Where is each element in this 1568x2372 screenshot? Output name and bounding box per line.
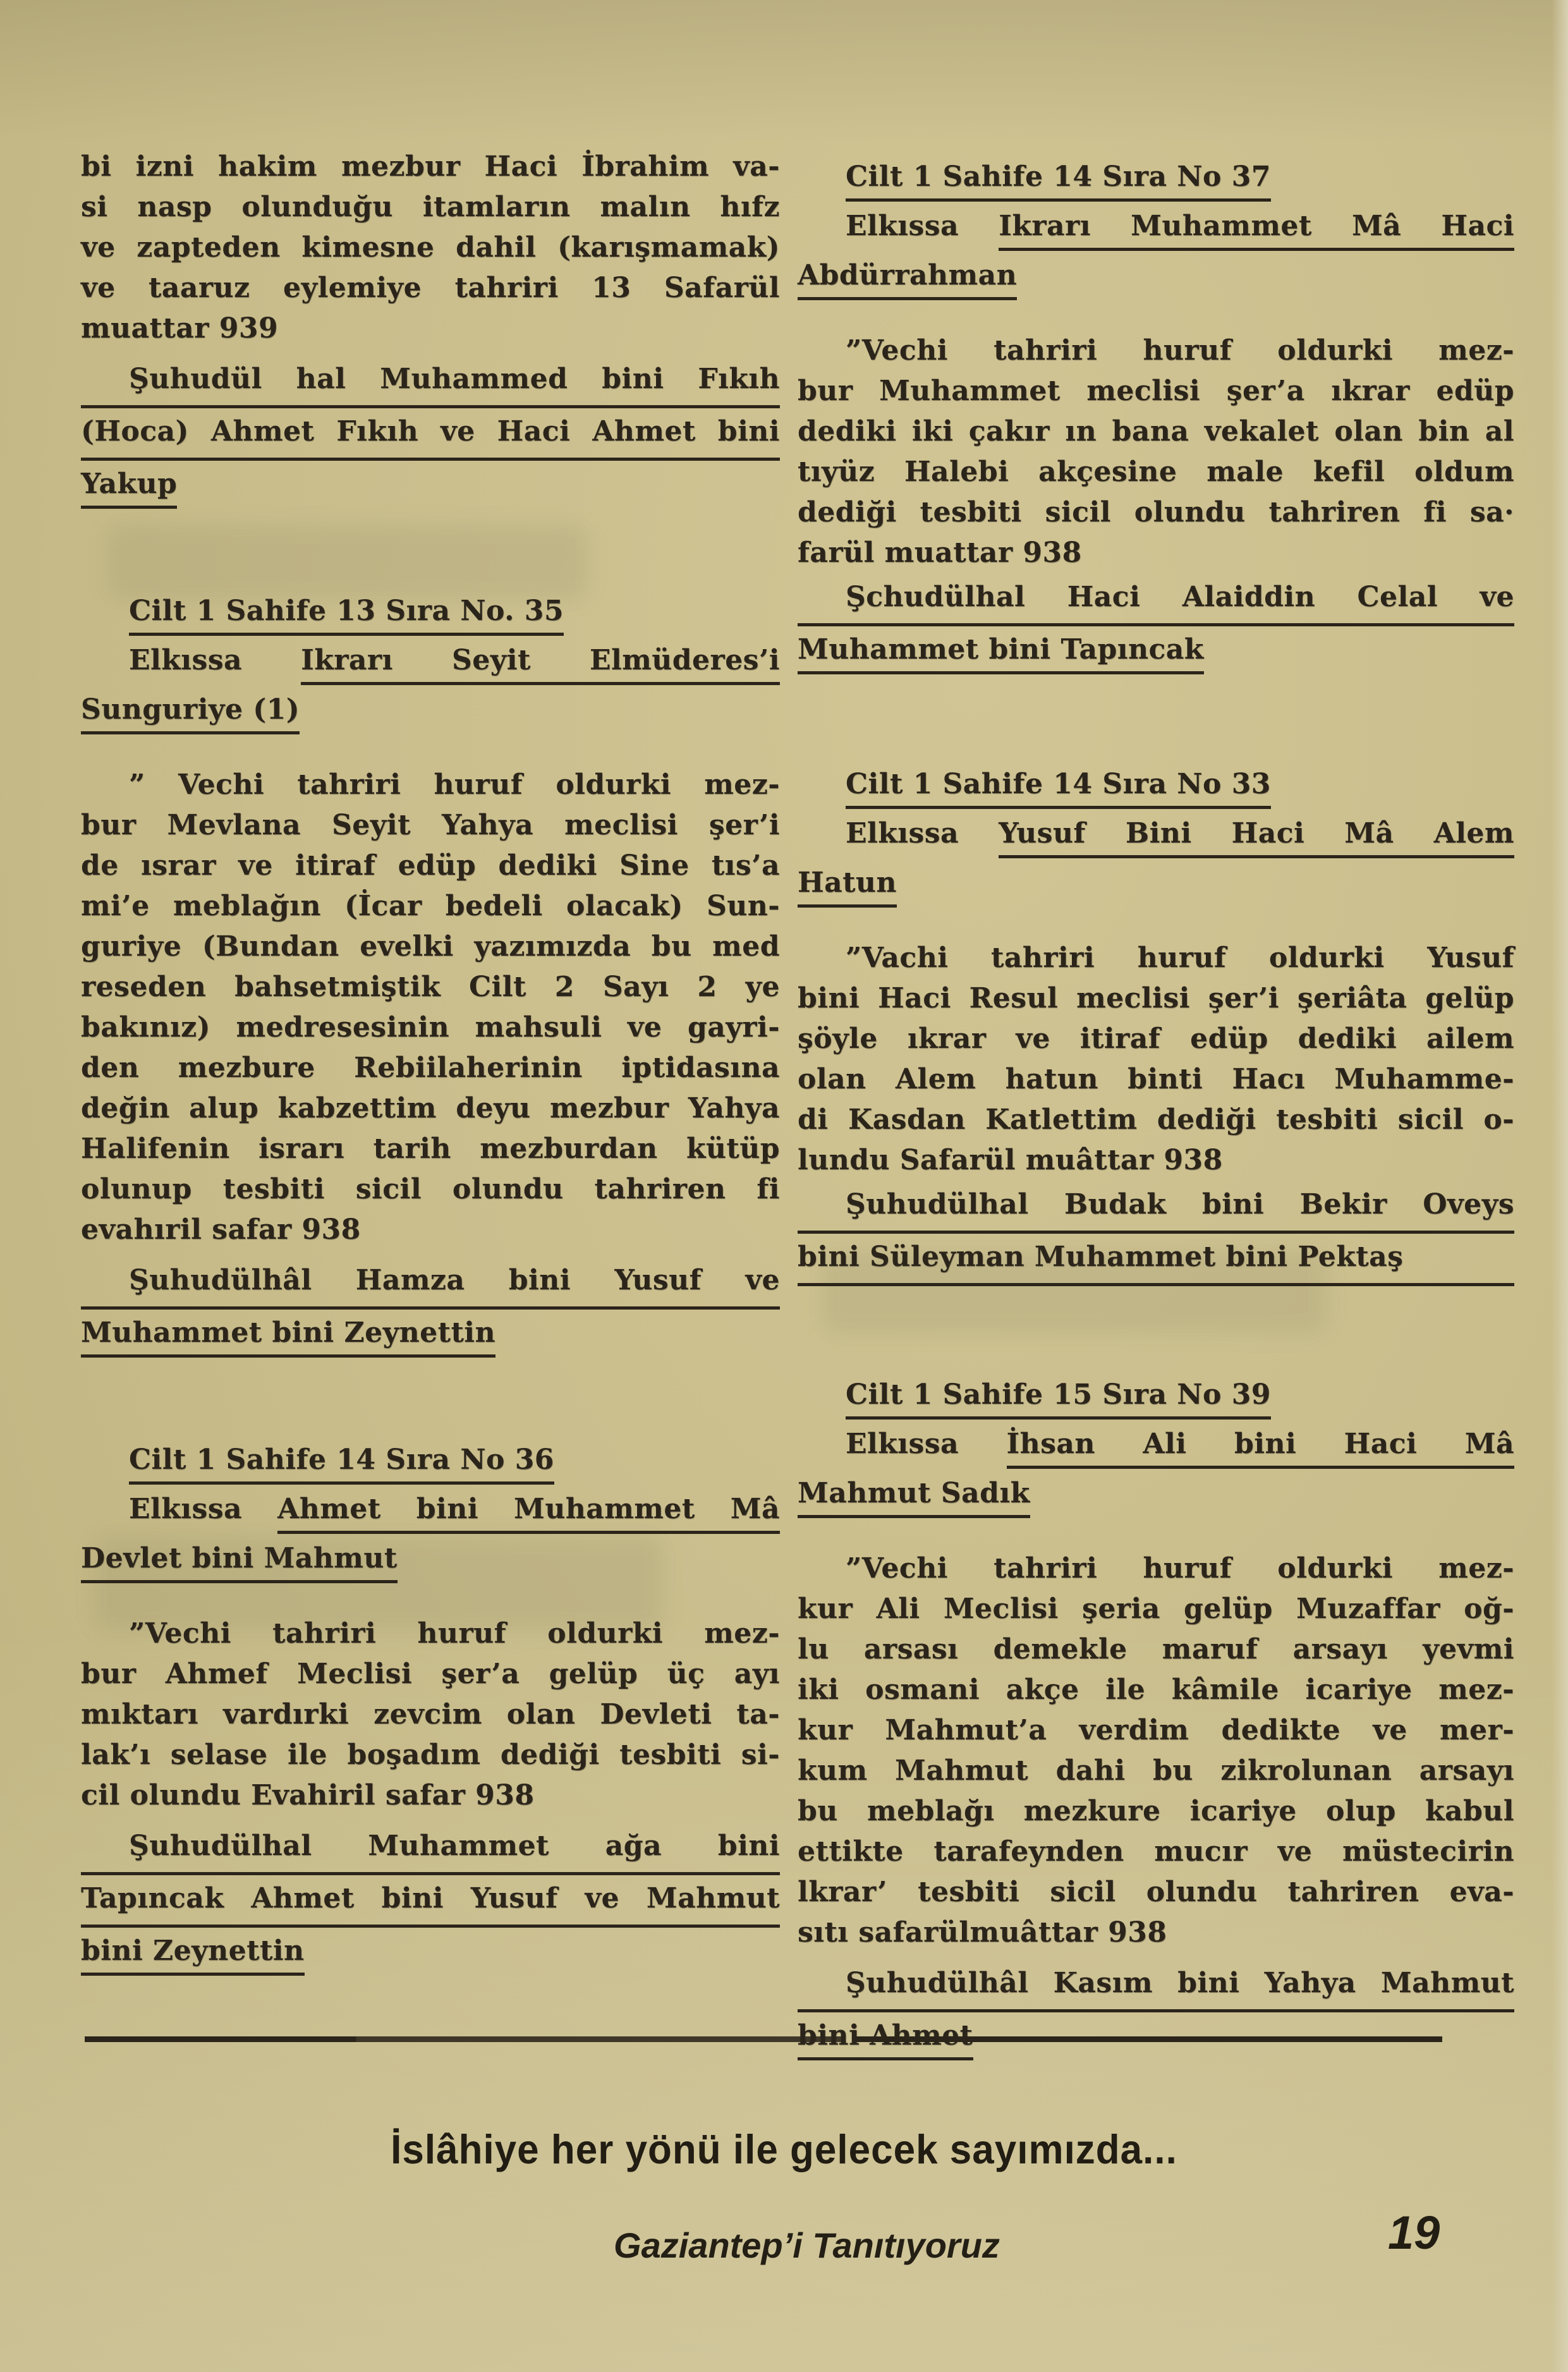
heading-prefix: Elkıssa xyxy=(129,644,242,676)
text-line: Şuhudülhâl Hamza bini Yusuf ve xyxy=(81,1260,780,1310)
text-line: lu arsası demekle maruf arsayı yevmi xyxy=(798,1629,1514,1670)
underlined-text: Sunguriye (1) xyxy=(81,693,300,734)
text-line: evahıril safar 938 xyxy=(81,1210,780,1250)
underlined-text: Mahmut Sadık xyxy=(798,1477,1030,1518)
text-line: Cilt 1 Sahife 14 Sıra No 33 xyxy=(798,764,1514,810)
text-line: lak’ı selase ile boşadım dediği tesbiti … xyxy=(81,1735,780,1775)
heading-prefix: Elkıssa xyxy=(846,210,959,242)
text-line: bur Muhammet meclisi şer’a ıkrar edüp xyxy=(798,371,1514,411)
text-line: si nasp olunduğu itamların malın hıfz xyxy=(81,187,780,228)
text-line: ettikte tarafeynden mucır ve müstecirin xyxy=(798,1832,1514,1872)
text-line: kur Mahmut’a verdim dedikte ve mer- xyxy=(798,1710,1514,1751)
underlined-text: Yusuf Bini Haci Mâ Alem xyxy=(999,817,1514,858)
text-line: bini Haci Resul meclisi şer’i şeriâta ge… xyxy=(798,978,1514,1019)
text-line: Hatun xyxy=(798,863,1514,909)
text-line: dediki iki çakır ın bana vekalet olan bi… xyxy=(798,411,1514,452)
witness-block: Şuhudülhal Budak bini Bekir Oveysbini Sü… xyxy=(798,1184,1514,1286)
text-line: ”Vechi tahriri huruf oldurki mez- xyxy=(798,1548,1514,1589)
para-block: ” Vechi tahriri huruf oldurki mez-bur Me… xyxy=(81,765,780,1250)
text-line: sıtı safarülmuâttar 938 xyxy=(798,1913,1514,1953)
text-line: ”Vechi tahriri huruf oldurki mez- xyxy=(81,1614,780,1654)
underlined-text: bini Zeynettin xyxy=(81,1935,305,1976)
text-line: bur Mevlana Seyit Yahya meclisi şer’i xyxy=(81,805,780,846)
text-line: Elkıssa Ikrarı Seyit Elmüderes’i xyxy=(81,640,780,686)
underlined-text: Cilt 1 Sahife 14 Sıra No 36 xyxy=(129,1444,554,1485)
underlined-text: Abdürrahman xyxy=(798,259,1017,300)
heading-block: Cilt 1 Sahife 14 Sıra No 33Elkıssa Yusuf… xyxy=(798,764,1514,909)
text-line: Mahmut Sadık xyxy=(798,1473,1514,1519)
text-line: bi izni hakim mezbur Haci İbrahim va- xyxy=(81,147,780,187)
text-line: olan Alem hatun binti Hacı Muhamme- xyxy=(798,1059,1514,1100)
text-line: iki osmani akçe ile kâmile icariye mez- xyxy=(798,1670,1514,1710)
scanned-page: bi izni hakim mezbur Haci İbrahim va-si … xyxy=(0,0,1568,2372)
underlined-text: Muhammet bini Zeynettin xyxy=(81,1317,495,1358)
underlined-text: Yakup xyxy=(81,468,177,509)
text-line: ” Vechi tahriri huruf oldurki mez- xyxy=(81,765,780,805)
footer-magazine-title: Gaziantep’i Tanıtıyoruz xyxy=(23,2225,1568,2266)
para-block: ”Vechi tahriri huruf oldurki mez-kur Ali… xyxy=(798,1548,1514,1953)
text-line: lundu Safarül muâttar 938 xyxy=(798,1140,1514,1181)
text-line: den mezbure Rebiilaherinin iptidasına xyxy=(81,1048,780,1088)
text-line: değin alup kabzettim deyu mezbur Yahya xyxy=(81,1088,780,1129)
text-line: Elkıssa Yusuf Bini Haci Mâ Alem xyxy=(798,813,1514,860)
para-block: ”Vachi tahriri huruf oldurki Yusufbini H… xyxy=(798,938,1514,1181)
heading-block: Cilt 1 Sahife 14 Sıra No 36Elkıssa Ahmet… xyxy=(81,1440,780,1584)
text-line: guriye (Bundan evelki yazımızda bu med xyxy=(81,927,780,967)
text-line: ve zapteden kimesne dahil (karışmamak) xyxy=(81,228,780,268)
text-line: reseden bahsetmiştik Cilt 2 Sayı 2 ye xyxy=(81,967,780,1007)
text-line: bini Zeynettin xyxy=(81,1931,780,1977)
text-line: şöyle ıkrar ve itiraf edüp dediki ailem xyxy=(798,1019,1514,1059)
text-line: ”Vachi tahriri huruf oldurki Yusuf xyxy=(798,938,1514,978)
heading-block: Cilt 1 Sahife 14 Sıra No 37Elkıssa Ikrar… xyxy=(798,157,1514,301)
text-line: di Kasdan Katlettim dediği tesbiti sicil… xyxy=(798,1100,1514,1140)
text-line: Cilt 1 Sahife 15 Sıra No 39 xyxy=(798,1375,1514,1421)
underlined-text: Ahmet bini Muhammet Mâ xyxy=(277,1493,780,1534)
text-line: Elkıssa Ahmet bini Muhammet Mâ xyxy=(81,1489,780,1535)
heading-prefix: Elkıssa xyxy=(129,1493,242,1525)
text-line: olunup tesbiti sicil olundu tahriren fi xyxy=(81,1169,780,1210)
text-line: tıyüz Halebi akçesine male kefil oldum xyxy=(798,452,1514,492)
underlined-text: Cilt 1 Sahife 15 Sıra No 39 xyxy=(846,1378,1271,1420)
text-line: muattar 939 xyxy=(81,308,780,349)
para-block: bi izni hakim mezbur Haci İbrahim va-si … xyxy=(81,147,780,349)
footer-banner: İslâhiye her yönü ile gelecek sayımızda.… xyxy=(0,2126,1568,2174)
underlined-text: Cilt 1 Sahife 14 Sıra No 33 xyxy=(846,768,1271,809)
text-line: Şuhudülhal Muhammet ağa bini xyxy=(81,1826,780,1875)
text-line: mi’e meblağın (İcar bedeli olacak) Sun- xyxy=(81,886,780,927)
footer-divider-rule xyxy=(85,2036,1442,2042)
text-line: Tapıncak Ahmet bini Yusuf ve Mahmut xyxy=(81,1878,780,1928)
text-line: mıktarı vardırki zevcim olan Devleti ta- xyxy=(81,1694,780,1735)
page-number: 19 xyxy=(1388,2206,1440,2259)
text-line: bu meblağı mezkure icariye olup kabul xyxy=(798,1791,1514,1832)
underlined-text: Hatun xyxy=(798,867,897,908)
text-line: Cilt 1 Sahife 13 Sıra No. 35 xyxy=(81,591,780,637)
text-line: Abdürrahman xyxy=(798,255,1514,301)
heading-prefix: Elkıssa xyxy=(846,817,959,849)
witness-block: Şuhudül hal Muhammed bini Fıkıh(Hoca) Ah… xyxy=(81,359,780,510)
para-block: ”Vechi tahriri huruf oldurki mez-bur Muh… xyxy=(798,331,1514,573)
underlined-text: Devlet bini Mahmut xyxy=(81,1542,398,1583)
text-line: (Hoca) Ahmet Fıkıh ve Haci Ahmet bini xyxy=(81,411,780,461)
witness-block: Şuhudülhâl Hamza bini Yusuf veMuhammet b… xyxy=(81,1260,780,1359)
text-line: Yakup xyxy=(81,464,780,510)
underlined-text: Ikrarı Seyit Elmüderes’i xyxy=(301,644,780,685)
text-line: Muhammet bini Tapıncak xyxy=(798,629,1514,676)
text-line: Şuhudülhâl Kasım bini Yahya Mahmut xyxy=(798,1963,1514,2012)
text-line: lkrar’ tesbiti sicil olundu tahriren eva… xyxy=(798,1872,1514,1913)
text-line: Elkıssa İhsan Ali bini Haci Mâ xyxy=(798,1424,1514,1470)
right-column: Cilt 1 Sahife 14 Sıra No 37Elkıssa Ikrar… xyxy=(798,157,1514,2065)
text-line: dediği tesbiti sicil olundu tahriren fi … xyxy=(798,492,1514,533)
text-line: Şuhudül hal Muhammed bini Fıkıh xyxy=(81,359,780,408)
heading-block: Cilt 1 Sahife 15 Sıra No 39Elkıssa İhsan… xyxy=(798,1375,1514,1519)
heading-block: Cilt 1 Sahife 13 Sıra No. 35Elkıssa Ikra… xyxy=(81,591,780,736)
text-line: Muhammet bini Zeynettin xyxy=(81,1313,780,1359)
text-line: cil olundu Evahiril safar 938 xyxy=(81,1775,780,1816)
text-line: Devlet bini Mahmut xyxy=(81,1538,780,1584)
text-line: Şuhudülhal Budak bini Bekir Oveys xyxy=(798,1184,1514,1234)
text-line: kum Mahmut dahi bu zikrolunan arsayı xyxy=(798,1751,1514,1791)
text-line: Şchudülhal Haci Alaiddin Celal ve xyxy=(798,577,1514,626)
text-line: Sunguriye (1) xyxy=(81,690,780,736)
underlined-text: Muhammet bini Tapıncak xyxy=(798,633,1204,674)
witness-block: Şuhudülhâl Kasım bini Yahya Mahmutbini A… xyxy=(798,1963,1514,2062)
witness-block: Şuhudülhal Muhammet ağa biniTapıncak Ahm… xyxy=(81,1826,780,1977)
left-column: bi izni hakim mezbur Haci İbrahim va-si … xyxy=(81,147,780,1980)
text-line: kur Ali Meclisi şeria gelüp Muzaffar oğ- xyxy=(798,1589,1514,1629)
underlined-text: Ikrarı Muhammet Mâ Haci xyxy=(999,210,1514,251)
heading-prefix: Elkıssa xyxy=(846,1428,959,1460)
text-line: ”Vechi tahriri huruf oldurki mez- xyxy=(798,331,1514,371)
text-line: Cilt 1 Sahife 14 Sıra No 37 xyxy=(798,157,1514,203)
underlined-text: Cilt 1 Sahife 13 Sıra No. 35 xyxy=(129,595,564,636)
underlined-text: Cilt 1 Sahife 14 Sıra No 37 xyxy=(846,161,1271,202)
underlined-text: İhsan Ali bini Haci Mâ xyxy=(1007,1428,1514,1469)
text-line: de ısrar ve itiraf edüp dediki Sine tıs’… xyxy=(81,846,780,886)
text-line: bur Ahmef Meclisi şer’a gelüp üç ayı xyxy=(81,1654,780,1694)
text-line: Elkıssa Ikrarı Muhammet Mâ Haci xyxy=(798,206,1514,252)
witness-block: Şchudülhal Haci Alaiddin Celal veMuhamme… xyxy=(798,577,1514,676)
text-line: bakınız) medresesinin mahsuli ve gayri- xyxy=(81,1007,780,1048)
text-line: Cilt 1 Sahife 14 Sıra No 36 xyxy=(81,1440,780,1486)
text-line: ve taaruz eylemiye tahriri 13 Safarül xyxy=(81,268,780,308)
text-line: Halifenin israrı tarih mezburdan kütüp xyxy=(81,1129,780,1169)
para-block: ”Vechi tahriri huruf oldurki mez-bur Ahm… xyxy=(81,1614,780,1816)
text-line: bini Süleyman Muhammet bini Pektaş xyxy=(798,1237,1514,1286)
text-line: farül muattar 938 xyxy=(798,533,1514,573)
